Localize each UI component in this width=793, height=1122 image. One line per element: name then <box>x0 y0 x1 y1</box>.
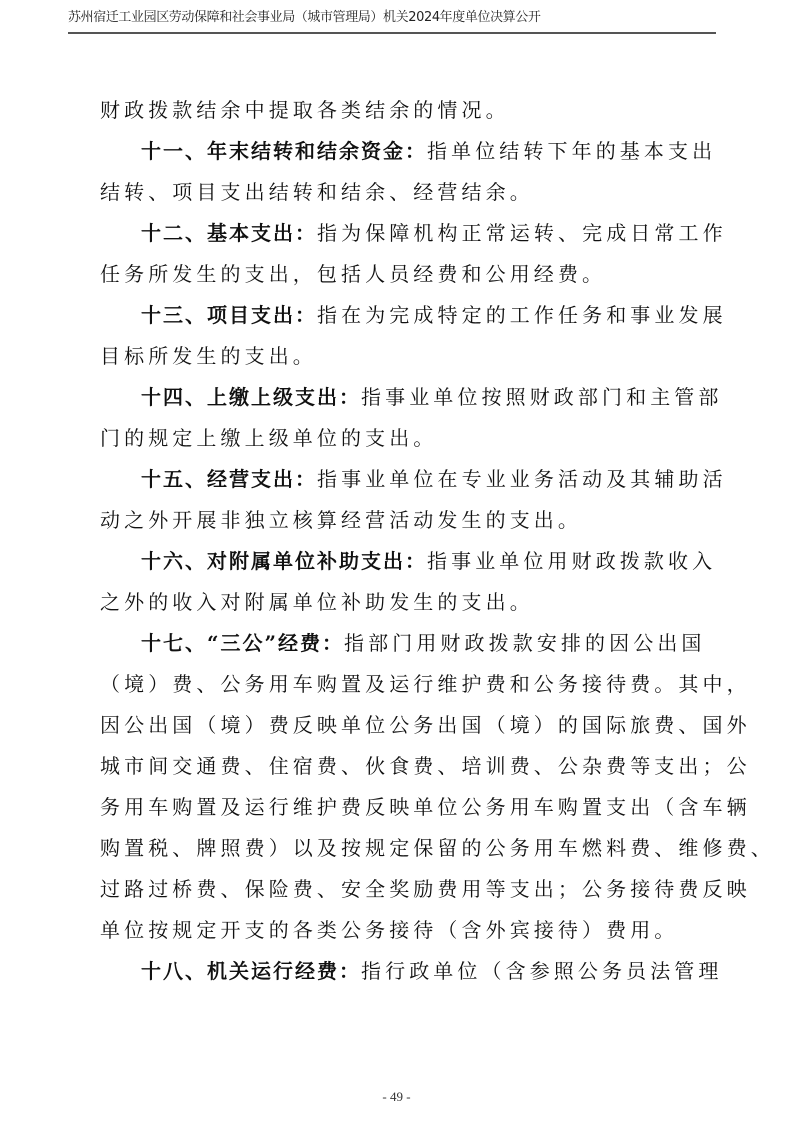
definition-term: 十八、机关运行经费： <box>141 959 361 983</box>
definition-line: 十二、基本支出：指为保障机构正常运转、完成日常工作 <box>100 213 692 254</box>
text-line: 结转、项目支出结转和结余、经营结余。 <box>100 172 692 213</box>
definition-line: 十七、“三公”经费：指部门用财政拨款安排的因公出国 <box>100 623 692 664</box>
header-divider <box>68 32 716 34</box>
definition-text: 指部门用财政拨款安排的因公出国 <box>344 631 706 655</box>
text-line: 财政拨款结余中提取各类结余的情况。 <box>100 90 692 131</box>
text-line: 过路过桥费、保险费、安全奖励费用等支出；公务接待费反映 <box>100 869 692 910</box>
definition-text: 指单位结转下年的基本支出 <box>427 139 716 163</box>
definition-line: 十一、年末结转和结余资金：指单位结转下年的基本支出 <box>100 131 692 172</box>
definition-term: 十七、“三公”经费： <box>141 631 344 655</box>
definition-text: 指为保障机构正常运转、完成日常工作 <box>317 221 727 245</box>
definition-line: 十三、项目支出：指在为完成特定的工作任务和事业发展 <box>100 295 692 336</box>
definition-line: 十四、上缴上级支出：指事业单位按照财政部门和主管部 <box>100 377 692 418</box>
text-line: 单位按规定开支的各类公务接待（含外宾接待）费用。 <box>100 910 692 951</box>
definition-line: 十五、经营支出：指事业单位在专业业务活动及其辅助活 <box>100 459 692 500</box>
text-line: 动之外开展非独立核算经营活动发生的支出。 <box>100 500 692 541</box>
page-number: - 49 - <box>0 1089 793 1105</box>
definition-term: 十五、经营支出： <box>141 467 317 491</box>
definition-term: 十一、年末结转和结余资金： <box>141 139 427 163</box>
text-line: 因公出国（境）费反映单位公务出国（境）的国际旅费、国外 <box>100 705 692 746</box>
definition-term: 十四、上缴上级支出： <box>141 385 361 409</box>
definition-text: 指在为完成特定的工作任务和事业发展 <box>317 303 727 327</box>
definition-text: 指事业单位在专业业务活动及其辅助活 <box>317 467 727 491</box>
text-line: 城市间交通费、住宿费、伙食费、培训费、公杂费等支出；公 <box>100 746 692 787</box>
definition-term: 十三、项目支出： <box>141 303 317 327</box>
text-line: 之外的收入对附属单位补助发生的支出。 <box>100 582 692 623</box>
definition-text: 指事业单位用财政拨款收入 <box>427 549 716 573</box>
text-line: 目标所发生的支出。 <box>100 336 692 377</box>
text-line: 购置税、牌照费）以及按规定保留的公务用车燃料费、维修费、 <box>100 828 692 869</box>
document-body: 财政拨款结余中提取各类结余的情况。 十一、年末结转和结余资金：指单位结转下年的基… <box>100 90 692 992</box>
definition-line: 十八、机关运行经费：指行政单位（含参照公务员法管理 <box>100 951 692 992</box>
definition-term: 十六、对附属单位补助支出： <box>141 549 427 573</box>
definition-term: 十二、基本支出： <box>141 221 317 245</box>
text-line: 任务所发生的支出，包括人员经费和公用经费。 <box>100 254 692 295</box>
text-line: 门的规定上缴上级单位的支出。 <box>100 418 692 459</box>
header-title: 苏州宿迁工业园区劳动保障和社会事业局（城市管理局）机关2024年度单位决算公开 <box>68 10 716 26</box>
running-header: 苏州宿迁工业园区劳动保障和社会事业局（城市管理局）机关2024年度单位决算公开 <box>68 10 716 34</box>
definition-line: 十六、对附属单位补助支出：指事业单位用财政拨款收入 <box>100 541 692 582</box>
definition-text: 指行政单位（含参照公务员法管理 <box>361 959 723 983</box>
text-line: 务用车购置及运行维护费反映单位公务用车购置支出（含车辆 <box>100 787 692 828</box>
definition-text: 指事业单位按照财政部门和主管部 <box>361 385 723 409</box>
text-line: （境）费、公务用车购置及运行维护费和公务接待费。其中， <box>100 664 692 705</box>
